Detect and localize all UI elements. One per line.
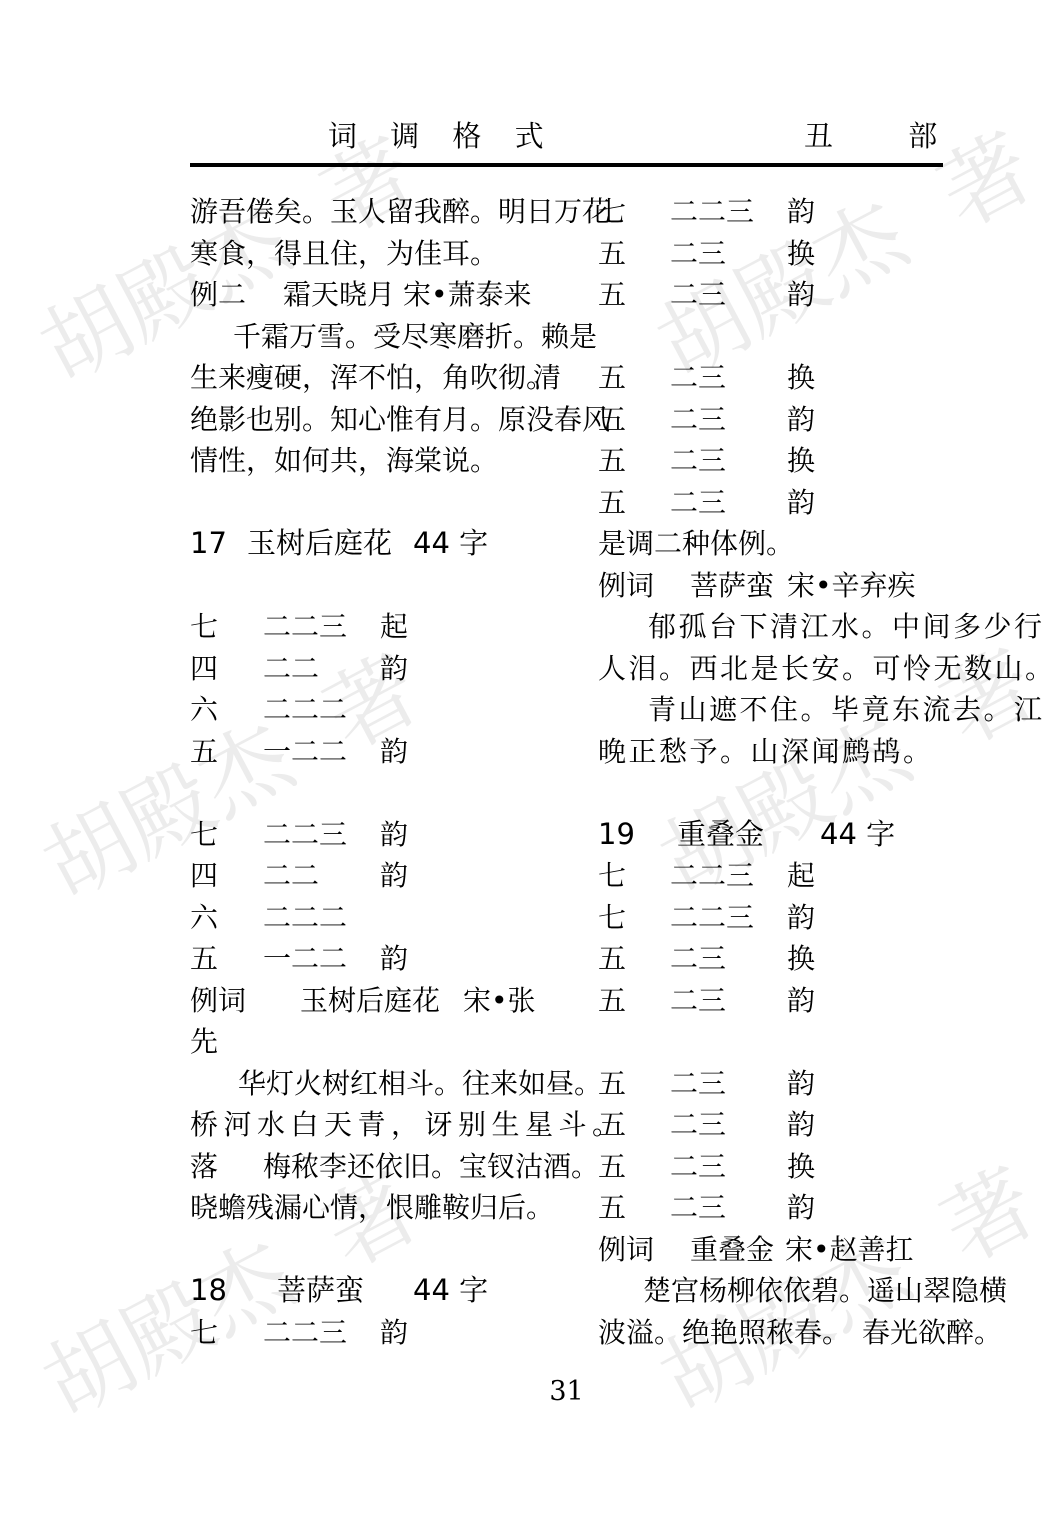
blank-line [598, 772, 1016, 814]
text-line: 波溢。绝艳照秾春。春光欲醉。 [598, 1312, 1016, 1354]
text-run: 晓蟾残漏心情，恨雕鞍归后。 [190, 1187, 554, 1229]
cite-label: 例词 [598, 565, 654, 607]
tune-title: 重叠金 [677, 814, 764, 856]
text-run: 游吾倦矣。玉人留我醉。明日万花 [190, 191, 610, 233]
text-run: 二二三 [670, 191, 754, 233]
text-run: 起 [380, 606, 408, 648]
text-run: 生来瘦硬，浑不怕，角吹彻。 [190, 357, 554, 399]
text-run: 七 [190, 814, 218, 856]
text-run: 绝影也别。知心惟有月。原没春风 [190, 399, 610, 441]
text-line: 桥河水白天青，讶别生星斗。 [190, 1104, 572, 1146]
text-line: 生来瘦硬，浑不怕，角吹彻。清 [190, 357, 572, 399]
text-run: 换 [787, 1146, 815, 1188]
tune-title: 霜天晓月 [283, 274, 395, 316]
cite-label: 例二 [190, 274, 246, 316]
text-run: 二三 [670, 980, 726, 1022]
pattern-row: 五二三换 [598, 1146, 1016, 1188]
text-run: 四 [190, 855, 218, 897]
text-run: 二三 [670, 399, 726, 441]
text-line: 华灯火树红相斗。往来如昼。 [190, 1063, 572, 1105]
text-run: 五 [190, 938, 218, 980]
text-run: 韵 [380, 855, 408, 897]
cite-line: 例词重叠金宋•赵善扛 [598, 1229, 1016, 1271]
text-line: 是调二种体例。 [598, 523, 1016, 565]
text-run: 是调二种体例。 [598, 523, 794, 565]
pattern-row: 五二三换 [598, 233, 1016, 275]
text-run: 五 [598, 1063, 626, 1105]
text-run: 桥河水白天青，讶别生星斗。 [190, 1104, 626, 1146]
pattern-row: 五一二二韵 [190, 731, 572, 773]
text-line: 绝影也别。知心惟有月。原没春风 [190, 399, 572, 441]
text-run: 梅 [263, 1146, 291, 1188]
text-run: 五 [598, 399, 626, 441]
text-run: 五 [598, 1146, 626, 1188]
text-run: 五 [598, 938, 626, 980]
blank-line [598, 316, 1016, 358]
pattern-row: 五二三换 [598, 440, 1016, 482]
text-run: 二二三 [263, 606, 347, 648]
text-line: 郁孤台下清江水。中间多少行 [598, 606, 1016, 648]
text-run: 一二二 [263, 938, 347, 980]
blank-line [190, 772, 572, 814]
text-line: 青山遮不住。毕竟东流去。江 [598, 689, 1016, 731]
text-run: 李还依旧。宝钗沽酒。 [319, 1146, 599, 1188]
text-line: 游吾倦矣。玉人留我醉。明日万花 [190, 191, 572, 233]
text-run: 二二 [263, 648, 319, 690]
text-run: 韵 [380, 731, 408, 773]
text-run: 七 [598, 897, 626, 939]
text-line: 落梅秾李还依旧。宝钗沽酒。 [190, 1146, 572, 1188]
text-run: 韵 [787, 897, 815, 939]
author-name: 宋•张 [463, 980, 536, 1022]
pattern-row: 五二三韵 [598, 980, 1016, 1022]
text-run: 七 [598, 191, 626, 233]
text-run: 六 [190, 689, 218, 731]
header-rule [190, 163, 943, 167]
text-line: 先 [190, 1021, 572, 1063]
blank-line [190, 482, 572, 524]
pattern-row: 五二三换 [598, 357, 1016, 399]
text-run: 人泪。西北是长安。可怜无数山。 [598, 648, 1056, 690]
text-run: 晚正愁予。山深闻鹧鸪。 [598, 731, 934, 773]
pattern-row: 七二二三韵 [598, 191, 1016, 233]
text-run: 二三 [670, 233, 726, 275]
section-number: 17 [190, 523, 227, 565]
text-run: 五 [598, 482, 626, 524]
tune-title: 菩萨蛮 [277, 1270, 364, 1312]
text-line: 楚宫杨柳依依碧。遥山翠隐横 [598, 1270, 1016, 1312]
page-number: 31 [190, 1372, 943, 1412]
char-count: 44 字 [413, 523, 488, 565]
blank-line [190, 1229, 572, 1271]
text-run: 六 [190, 897, 218, 939]
text-run: 韵 [787, 274, 815, 316]
pattern-row: 七二二三韵 [598, 897, 1016, 939]
text-run: 起 [787, 855, 815, 897]
pattern-row: 六二二二 [190, 897, 572, 939]
pattern-row: 七二二三起 [190, 606, 572, 648]
pattern-row: 五一二二韵 [190, 938, 572, 980]
section-heading: 18菩萨蛮44 字 [190, 1270, 572, 1312]
book-page: 胡殿杰著胡殿杰著胡殿杰著胡殿杰著胡殿杰著胡殿杰著 词 调 格 式 丑 部 游吾倦… [0, 0, 1058, 1534]
text-run: 二二二 [263, 897, 347, 939]
text-line: 情性，如何共，海棠说。 [190, 440, 572, 482]
pattern-row: 五二三韵 [598, 1104, 1016, 1146]
text-run: 五 [598, 357, 626, 399]
author-name: 宋•辛弃疾 [787, 565, 916, 607]
text-run: 秾 [291, 1146, 319, 1188]
cite-line: 例词玉树后庭花宋•张 [190, 980, 572, 1022]
text-run: 四 [190, 648, 218, 690]
text-run: 青山遮不住。毕竟东流去。江 [648, 689, 1045, 731]
author-name: 宋•赵善扛 [785, 1229, 914, 1271]
text-run: 韵 [787, 1187, 815, 1229]
tune-title: 玉树后庭花 [300, 980, 440, 1022]
section-heading: 19重叠金44 字 [598, 814, 1016, 856]
text-run: 楚宫杨柳依依碧。遥山翠隐横 [643, 1270, 1007, 1312]
pattern-row: 五二三韵 [598, 482, 1016, 524]
text-run: 五 [598, 274, 626, 316]
text-line: 晚正愁予。山深闻鹧鸪。 [598, 731, 1016, 773]
text-run: 二三 [670, 1146, 726, 1188]
text-run: 二三 [670, 1063, 726, 1105]
text-run: 二二三 [670, 897, 754, 939]
text-run: 情性，如何共，海棠说。 [190, 440, 498, 482]
text-run: 郁孤台下清江水。中间多少行 [648, 606, 1045, 648]
pattern-row: 七二二三韵 [190, 814, 572, 856]
text-line: 人泪。西北是长安。可怜无数山。 [598, 648, 1016, 690]
text-run: 千霜万雪。受尽寒磨折。赖是 [233, 316, 597, 358]
cite-label: 例词 [190, 980, 246, 1022]
pattern-row: 五二三韵 [598, 1187, 1016, 1229]
pattern-row: 六二二二 [190, 689, 572, 731]
text-run: 二三 [670, 357, 726, 399]
section-number: 19 [598, 814, 635, 856]
cite-line: 例词菩萨蛮宋•辛弃疾 [598, 565, 1016, 607]
text-run: 韵 [380, 938, 408, 980]
text-run: 韵 [787, 1104, 815, 1146]
blank-line [190, 565, 572, 607]
text-run: 二三 [670, 938, 726, 980]
section-number: 18 [190, 1270, 227, 1312]
text-run: 五 [598, 1187, 626, 1229]
text-run: 二二三 [263, 1312, 347, 1354]
pattern-row: 七二二三韵 [190, 1312, 572, 1354]
text-run: 二二二 [263, 689, 347, 731]
text-line: 寒食，得且住，为佳耳。 [190, 233, 572, 275]
author-name: 宋•萧泰来 [403, 274, 532, 316]
text-run: 二三 [670, 482, 726, 524]
running-head-title: 词 调 格 式 [328, 114, 556, 155]
blank-line [598, 1021, 1016, 1063]
right-column: 七二二三韵五二三换五二三韵五二三换五二三韵五二三换五二三韵是调二种体例。例词菩萨… [598, 191, 1016, 1353]
char-count: 44 字 [413, 1270, 488, 1312]
text-run: 落 [190, 1146, 218, 1188]
text-line: 千霜万雪。受尽寒磨折。赖是 [190, 316, 572, 358]
text-run: 五 [598, 233, 626, 275]
pattern-row: 五二三换 [598, 938, 1016, 980]
text-run: 五 [190, 731, 218, 773]
tune-title: 玉树后庭花 [247, 523, 392, 565]
tune-title: 菩萨蛮 [690, 565, 774, 607]
text-run: 五 [598, 440, 626, 482]
tune-title: 重叠金 [690, 1229, 774, 1271]
text-run: 韵 [787, 482, 815, 524]
text-run: 寒食，得且住，为佳耳。 [190, 233, 498, 275]
pattern-row: 四二二韵 [190, 855, 572, 897]
text-run: 韵 [380, 648, 408, 690]
text-run: 二二三 [670, 855, 754, 897]
text-run: 波溢。绝艳照 [598, 1312, 766, 1354]
text-run: 韵 [787, 980, 815, 1022]
text-run: 换 [787, 938, 815, 980]
text-run: 二二 [263, 855, 319, 897]
pattern-row: 五二三韵 [598, 1063, 1016, 1105]
text-run: 二三 [670, 274, 726, 316]
running-head-section: 丑 部 [804, 114, 970, 155]
text-run: 韵 [787, 191, 815, 233]
text-run: 二二三 [263, 814, 347, 856]
text-run: 清 [533, 357, 561, 399]
cite-label: 例词 [598, 1229, 654, 1271]
pattern-row: 五二三韵 [598, 274, 1016, 316]
text-run: 秾 [766, 1312, 794, 1354]
text-run: 韵 [787, 1063, 815, 1105]
text-run: 换 [787, 357, 815, 399]
text-run: 换 [787, 440, 815, 482]
pattern-row: 七二二三起 [598, 855, 1016, 897]
text-run: 春光欲醉。 [862, 1312, 1002, 1354]
pattern-row: 五二三韵 [598, 399, 1016, 441]
text-run: 韵 [380, 814, 408, 856]
text-run: 先 [190, 1021, 218, 1063]
char-count: 44 字 [820, 814, 895, 856]
text-run: 七 [598, 855, 626, 897]
text-run: 二三 [670, 1104, 726, 1146]
text-line: 晓蟾残漏心情，恨雕鞍归后。 [190, 1187, 572, 1229]
text-run: 五 [598, 1104, 626, 1146]
text-run: 七 [190, 606, 218, 648]
text-run: 换 [787, 233, 815, 275]
cite-line: 例二霜天晓月宋•萧泰来 [190, 274, 572, 316]
text-run: 五 [598, 980, 626, 1022]
text-run: 韵 [787, 399, 815, 441]
text-run: 二三 [670, 1187, 726, 1229]
pattern-row: 四二二韵 [190, 648, 572, 690]
text-run: 韵 [380, 1312, 408, 1354]
left-column: 游吾倦矣。玉人留我醉。明日万花寒食，得且住，为佳耳。例二霜天晓月宋•萧泰来千霜万… [190, 191, 572, 1353]
text-run: 一二二 [263, 731, 347, 773]
text-run: 春。 [794, 1312, 850, 1354]
text-run: 华灯火树红相斗。往来如昼。 [238, 1063, 602, 1105]
section-heading: 17玉树后庭花44 字 [190, 523, 572, 565]
text-run: 二三 [670, 440, 726, 482]
text-run: 七 [190, 1312, 218, 1354]
